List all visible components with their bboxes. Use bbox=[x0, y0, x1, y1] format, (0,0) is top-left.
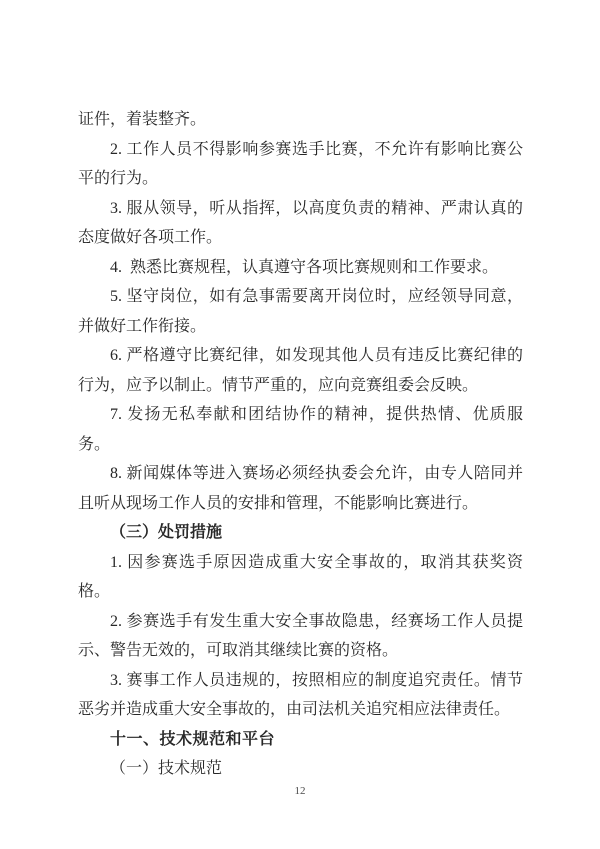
paragraph: （一）技术规范 bbox=[78, 754, 523, 784]
paragraph: 3. 赛事工作人员违规的，按照相应的制度追究责任。情节恶劣并造成重大安全事故的，… bbox=[78, 666, 523, 725]
paragraph: 4. 熟悉比赛规程，认真遵守各项比赛规则和工作要求。 bbox=[78, 253, 523, 283]
paragraph: 2. 工作人员不得影响参赛选手比赛，不允许有影响比赛公平的行为。 bbox=[78, 135, 523, 194]
paragraph: （三）处罚措施 bbox=[78, 518, 523, 548]
paragraph: 2. 参赛选手有发生重大安全事故隐患，经赛场工作人员提示、警告无效的，可取消其继… bbox=[78, 607, 523, 666]
paragraph: 8. 新闻媒体等进入赛场必须经执委会允许，由专人陪同并且听从现场工作人员的安排和… bbox=[78, 459, 523, 518]
paragraph: 7. 发扬无私奉献和团结协作的精神，提供热情、优质服务。 bbox=[78, 400, 523, 459]
paragraph: 5. 坚守岗位，如有急事需要离开岗位时，应经领导同意，并做好工作衔接。 bbox=[78, 282, 523, 341]
paragraph: 十一、技术规范和平台 bbox=[78, 725, 523, 755]
paragraph: 3. 服从领导，听从指挥，以高度负责的精神、严肃认真的态度做好各项工作。 bbox=[78, 194, 523, 253]
page-number: 12 bbox=[0, 784, 600, 798]
paragraph: 证件，着装整齐。 bbox=[78, 105, 523, 135]
paragraph: 6. 严格遵守比赛纪律，如发现其他人员有违反比赛纪律的行为，应予以制止。情节严重… bbox=[78, 341, 523, 400]
document-body: 证件，着装整齐。2. 工作人员不得影响参赛选手比赛，不允许有影响比赛公平的行为。… bbox=[78, 105, 523, 784]
document-page: 证件，着装整齐。2. 工作人员不得影响参赛选手比赛，不允许有影响比赛公平的行为。… bbox=[0, 0, 600, 849]
paragraph: 1. 因参赛选手原因造成重大安全事故的，取消其获奖资格。 bbox=[78, 548, 523, 607]
